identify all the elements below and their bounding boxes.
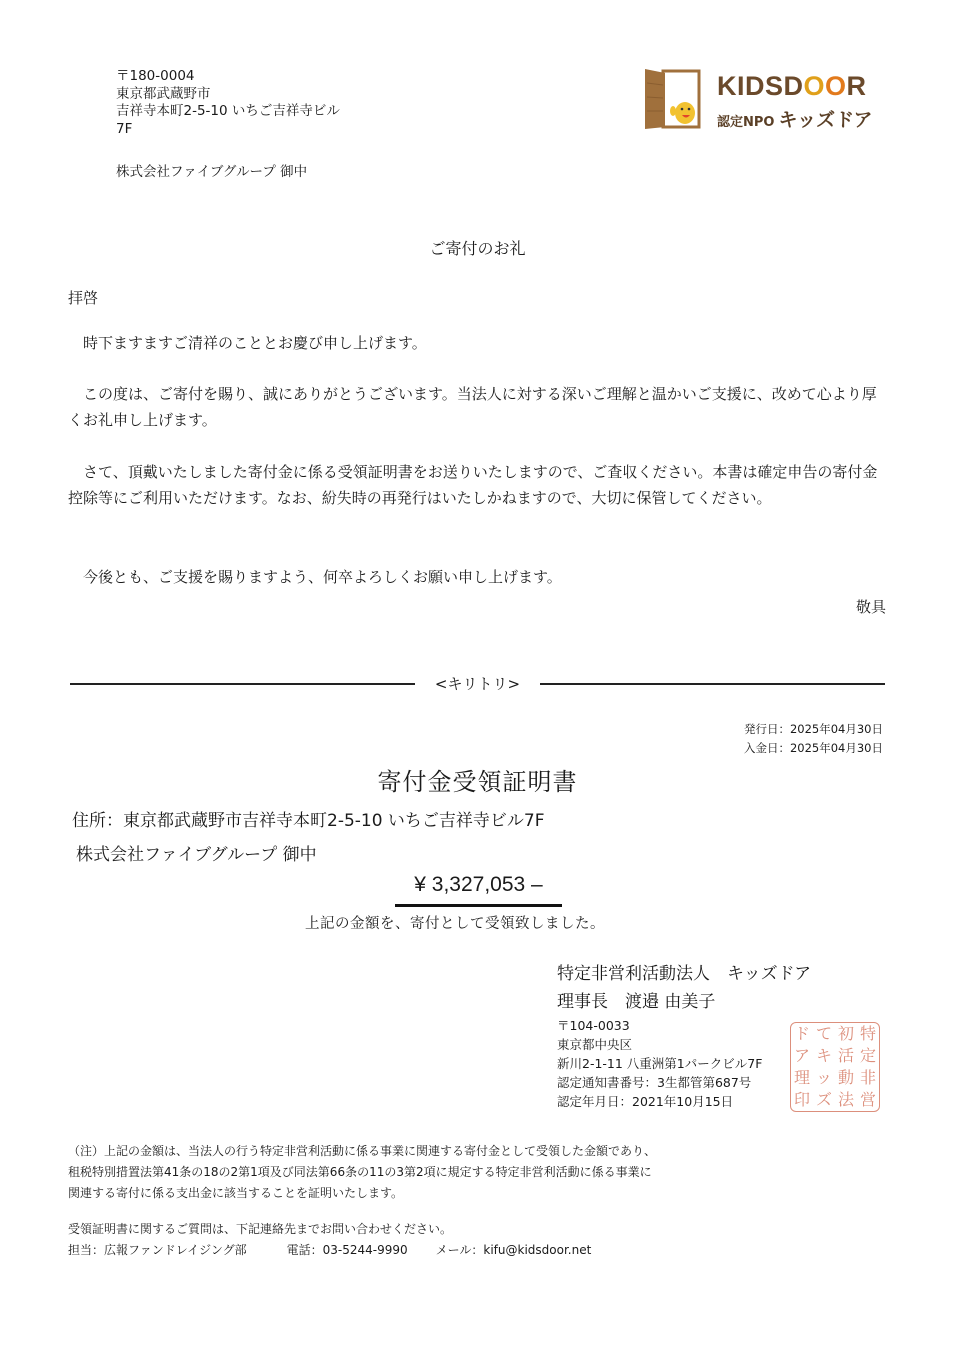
contact-department: 担当：広報ファンドレイジング部 [68, 1243, 247, 1257]
issuer-address-line: 新川2-1-11 八重洲第1パークビル7F [557, 1054, 762, 1073]
logo-ring-yellow: O [804, 71, 826, 101]
issuer-heading: 特定非営利活動法人 キッズドア 理事長 渡邉 由美子 [557, 960, 811, 1016]
contact-info: 受領証明書に関するご質問は、下記連絡先までお問い合わせください。 担当：広報ファ… [68, 1219, 591, 1261]
seal-char: 定 [857, 1048, 879, 1064]
logo-kana: キッズドア [778, 109, 872, 131]
recipient-address-line: 吉祥寺本町2-5-10 いちご吉祥寺ビル [116, 103, 340, 121]
recipient-address: 〒180-0004 東京都武蔵野市 吉祥寺本町2-5-10 いちご吉祥寺ビル 7… [116, 68, 340, 138]
seal-char: ア [791, 1048, 813, 1064]
legal-note-line: （注）上記の金額は、当法人の行う特定非営利活動に係る事業に関連する寄付金として受… [68, 1141, 656, 1162]
seal-char: 特 [857, 1026, 879, 1042]
issuer-cert-date: 認定年月日：2021年10月15日 [557, 1092, 762, 1111]
issuer-details: 〒104-0033 東京都中央区 新川2-1-11 八重洲第1パークビル7F 認… [557, 1016, 762, 1111]
letter-paragraph: この度は、ご寄付を賜り、誠にありがとうございます。当法人に対する深いご理解と温か… [68, 381, 888, 433]
seal-char: 非 [857, 1070, 879, 1086]
certificate-address: 住所：東京都武蔵野市吉祥寺本町2-5-10 いちご吉祥寺ビル7F [72, 806, 545, 831]
logo-subtitle: 認定NPOキッズドア [717, 105, 873, 132]
letter-paragraph: 今後とも、ご支援を賜りますよう、何卒よろしくお願い申し上げます。 [68, 564, 888, 590]
letter-paragraph: さて、頂戴いたしました寄付金に係る受領証明書をお送りいたしますので、ご査収くださ… [68, 459, 888, 511]
seal-char: て [813, 1026, 835, 1042]
issuer-cert-number: 認定通知書番号：3生都管第687号 [557, 1073, 762, 1092]
received-statement: 上記の金額を、寄付として受領致しました。 [305, 912, 605, 933]
letter-title: ご寄付のお礼 [0, 236, 955, 259]
issue-date: 発行日：2025年04月30日 [744, 720, 883, 739]
recipient-name: 株式会社ファイブグループ 御中 [116, 160, 307, 180]
seal-char: 理 [791, 1070, 813, 1086]
issuer-postal-code: 〒104-0033 [557, 1016, 762, 1035]
logo-ring-orange: O [825, 71, 847, 101]
cut-line-label: <キリトリ> [415, 673, 540, 694]
certificate-dates: 発行日：2025年04月30日 入金日：2025年04月30日 [744, 720, 883, 758]
closing: 敬具 [856, 596, 886, 617]
contact-email: メール：kifu@kidsdoor.net [436, 1243, 592, 1257]
cut-line-rule [70, 683, 415, 685]
logo-npo: 認定NPO [717, 115, 774, 130]
recipient-postal-code: 〒180-0004 [116, 68, 340, 86]
seal-char: ッ [813, 1070, 835, 1086]
kidsdoor-logo: KIDSDOOR 認定NPOキッズドア [643, 67, 893, 135]
legal-note-line: 租税特別措置法第41条の18の2第1項及び同法第66条の11の3第2項に規定する… [68, 1162, 656, 1183]
seal-char: 活 [835, 1048, 857, 1064]
seal-char: キ [813, 1048, 835, 1064]
logo-wordmark: KIDSDOOR [717, 71, 867, 102]
donation-amount: ¥ 3,327,053 – [395, 873, 562, 897]
seal-char: 初 [835, 1026, 857, 1042]
recipient-address-line: 7F [116, 121, 340, 139]
issuer-address-line: 東京都中央区 [557, 1035, 762, 1054]
letter-paragraph: 時下ますますご清祥のこととお慶び申し上げます。 [68, 330, 888, 356]
salutation: 拝啓 [68, 285, 888, 311]
seal-char: 法 [835, 1092, 857, 1108]
seal-char: ド [791, 1026, 813, 1042]
legal-note: （注）上記の金額は、当法人の行う特定非営利活動に係る事業に関連する寄付金として受… [68, 1141, 656, 1204]
cut-line-rule [540, 683, 885, 685]
recipient-address-line: 東京都武蔵野市 [116, 86, 340, 104]
seal-char: ズ [813, 1092, 835, 1108]
contact-phone: 電話：03-5244-9990 [287, 1243, 408, 1257]
contact-intro: 受領証明書に関するご質問は、下記連絡先までお問い合わせください。 [68, 1219, 591, 1240]
door-chick-icon [643, 67, 703, 131]
cut-line: <キリトリ> [70, 673, 885, 699]
issuer-org: 特定非営利活動法人 キッズドア [557, 960, 811, 988]
certificate-title: 寄付金受領証明書 [0, 762, 955, 797]
contact-line: 担当：広報ファンドレイジング部電話：03-5244-9990メール：kifu@k… [68, 1240, 591, 1261]
amount-underline [395, 904, 562, 907]
logo-word-part: R [847, 71, 867, 101]
legal-note-line: 関連する寄付に係る支出金に該当することを証明いたします。 [68, 1183, 656, 1204]
seal-char: 営 [857, 1092, 879, 1108]
payment-date: 入金日：2025年04月30日 [744, 739, 883, 758]
seal-char: 動 [835, 1070, 857, 1086]
official-seal-icon: ド て 初 特 ア キ 活 定 理 ッ 動 非 印 ズ 法 営 [790, 1022, 880, 1112]
issuer-representative: 理事長 渡邉 由美子 [557, 988, 811, 1016]
certificate-recipient-name: 株式会社ファイブグループ 御中 [76, 840, 317, 865]
logo-word-part: KIDSD [717, 71, 804, 101]
seal-char: 印 [791, 1092, 813, 1108]
